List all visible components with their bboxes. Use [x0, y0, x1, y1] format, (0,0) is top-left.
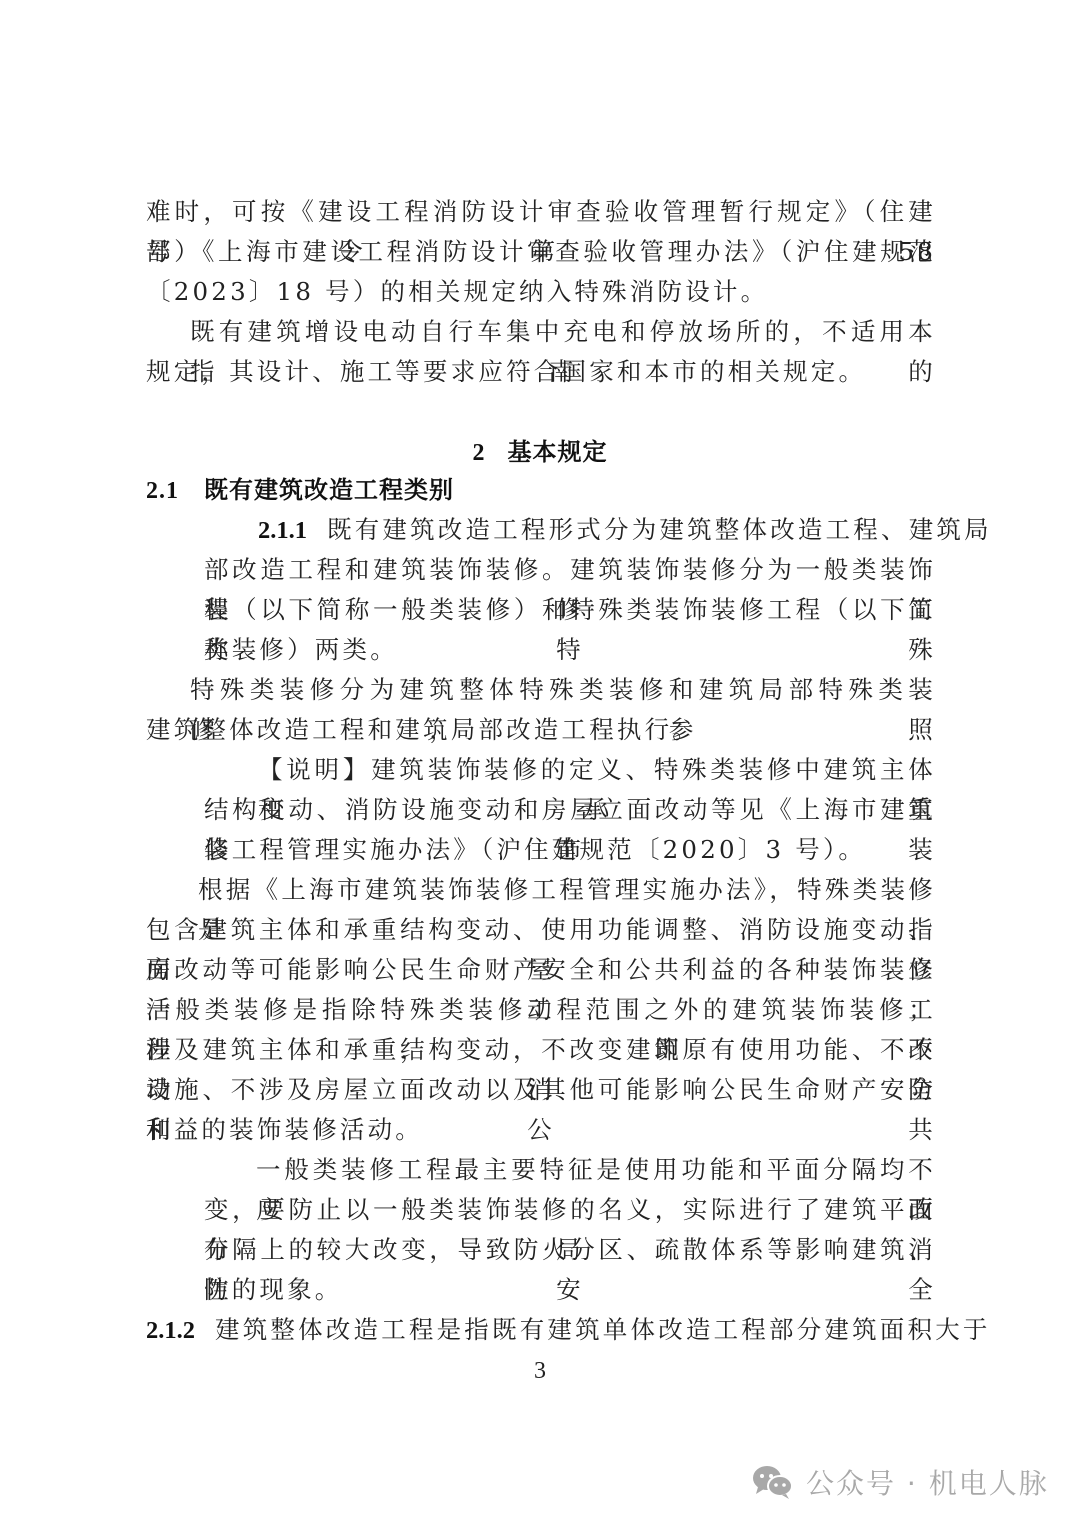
chapter-title: 基本规定	[508, 437, 608, 466]
text-line: 号）《上海市建设工程消防设计审查验收管理办法》（沪住建规范	[146, 232, 936, 272]
wechat-icon	[752, 1465, 794, 1499]
text-line: 〔2023〕18 号）的相关规定纳入特殊消防设计。	[146, 272, 768, 312]
text-line: 类装修）两类。	[204, 630, 398, 670]
chapter-number: 2	[473, 440, 486, 466]
watermark-text: 公众号 · 机电人脉	[806, 1462, 1049, 1502]
clause-2-1-2-line: 2.1.2建筑整体改造工程是指既有建筑单体改造工程部分建筑面积大于	[146, 1310, 991, 1351]
text-line: 利益的装饰装修活动。	[146, 1110, 423, 1150]
text-line: 建筑整体改造工程和建筑局部改造工程执行。	[146, 710, 700, 750]
section-title: 既有建筑改造工程类别	[204, 475, 454, 504]
text-line: 规定，其设计、施工等要求应符合国家和本市的相关规定。	[146, 352, 866, 392]
section-number: 2.1	[146, 471, 204, 511]
text-line: 建筑整体改造工程是指既有建筑单体改造工程部分建筑面积大于	[215, 1315, 991, 1344]
text-line: 性的现象。	[204, 1270, 343, 1310]
watermark: 公众号 · 机电人脉	[752, 1462, 1049, 1502]
document-page: 难时，可按《建设工程消防设计审查验收管理暂行规定》（住建部令第 58 号）《上海…	[0, 0, 1080, 1528]
clause-number: 2.1.2	[146, 1317, 195, 1344]
clause-2-1-1-first-line: 2.1.1既有建筑改造工程形式分为建筑整体改造工程、建筑局	[258, 510, 992, 551]
section-heading: 2.1既有建筑改造工程类别	[146, 470, 454, 511]
text-line: 既有建筑改造工程形式分为建筑整体改造工程、建筑局	[327, 515, 992, 544]
clause-number: 2.1.1	[258, 517, 307, 544]
chapter-heading: 2基本规定	[0, 432, 1080, 473]
note-line: 修工程管理实施办法》（沪住建规范〔2020〕3 号）。	[204, 830, 866, 870]
page-number: 3	[0, 1358, 1080, 1385]
